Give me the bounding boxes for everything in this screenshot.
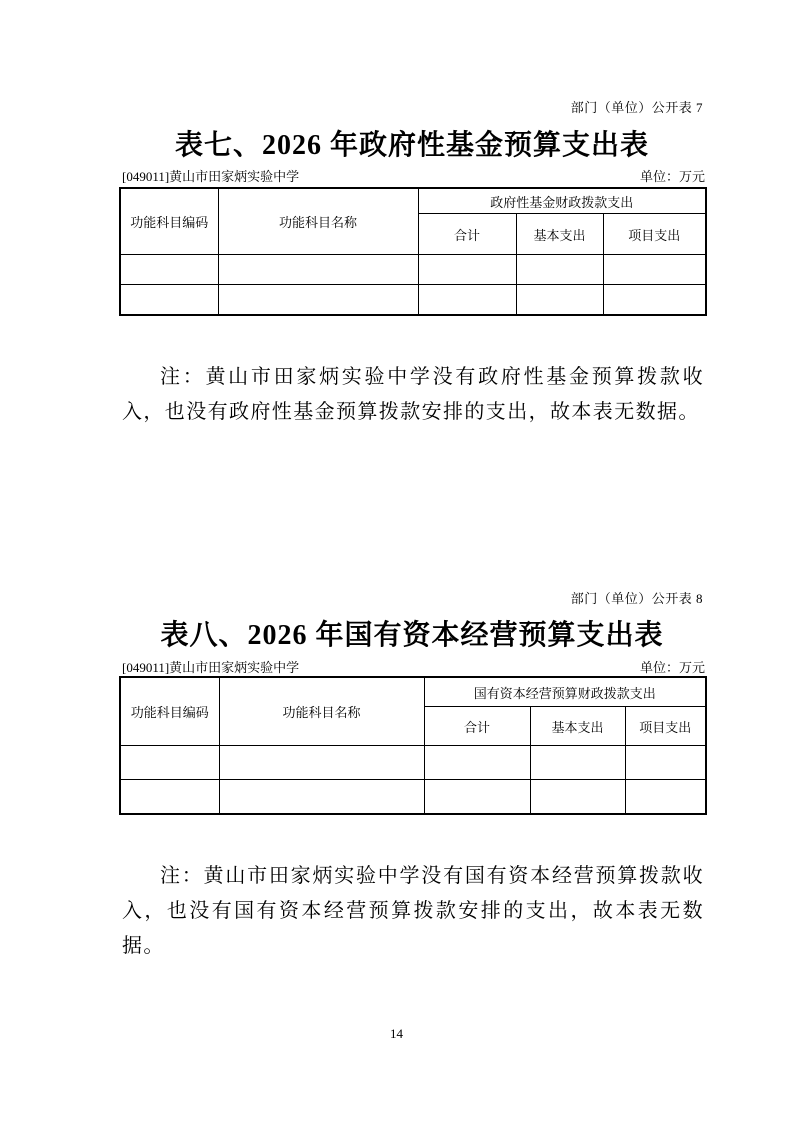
unit-label-2: 单位：万元 [640, 657, 705, 676]
unit-label-1: 单位：万元 [640, 166, 705, 185]
header-project-2: 项目支出 [625, 707, 706, 746]
header-project-1: 项目支出 [603, 214, 706, 255]
cell [219, 780, 424, 814]
gov-fund-expenditure-table: 功能科目编码 功能科目名称 政府性基金财政拨款支出 合计 基本支出 项目支出 [119, 187, 707, 316]
org-code-name-1: [049011]黄山市田家炳实验中学 [122, 166, 299, 185]
header-basic-2: 基本支出 [530, 707, 625, 746]
meta-row-2: [049011]黄山市田家炳实验中学 单位：万元 [122, 657, 705, 676]
cell [120, 255, 218, 285]
sheet-label-7: 部门（单位）公开表 7 [571, 97, 703, 116]
cell [530, 746, 625, 780]
page-number: 14 [0, 1026, 793, 1042]
state-capital-expenditure-table: 功能科目编码 功能科目名称 国有资本经营预算财政拨款支出 合计 基本支出 项目支… [119, 676, 707, 815]
cell [424, 746, 530, 780]
cell [418, 255, 516, 285]
header-function-code-2: 功能科目编码 [120, 677, 219, 746]
cell [218, 285, 418, 315]
cell [424, 780, 530, 814]
org-code-name-2: [049011]黄山市田家炳实验中学 [122, 657, 299, 676]
note-state-capital: 注：黄山市田家炳实验中学没有国有资本经营预算拨款收入，也没有国有资本经营预算拨款… [122, 859, 704, 964]
document-page: 部门（单位）公开表 7 表七、2026 年政府性基金预算支出表 [049011]… [0, 0, 793, 1122]
meta-row-1: [049011]黄山市田家炳实验中学 单位：万元 [122, 166, 705, 185]
sheet-label-8: 部门（单位）公开表 8 [571, 588, 703, 607]
table-row [120, 746, 706, 780]
header-function-name-2: 功能科目名称 [219, 677, 424, 746]
header-basic-1: 基本支出 [516, 214, 603, 255]
title-table-8: 表八、2026 年国有资本经营预算支出表 [119, 613, 705, 653]
cell [218, 255, 418, 285]
cell [219, 746, 424, 780]
note-gov-fund: 注：黄山市田家炳实验中学没有政府性基金预算拨款收入，也没有政府性基金预算拨款安排… [122, 360, 704, 430]
header-group-1: 政府性基金财政拨款支出 [418, 188, 706, 214]
cell [418, 285, 516, 315]
cell [625, 746, 706, 780]
cell [516, 255, 603, 285]
cell [603, 285, 706, 315]
header-total-1: 合计 [418, 214, 516, 255]
table-row [120, 780, 706, 814]
header-function-name-1: 功能科目名称 [218, 188, 418, 255]
cell [516, 285, 603, 315]
cell [625, 780, 706, 814]
cell [120, 780, 219, 814]
header-function-code-1: 功能科目编码 [120, 188, 218, 255]
title-table-7: 表七、2026 年政府性基金预算支出表 [119, 123, 705, 163]
header-group-2: 国有资本经营预算财政拨款支出 [424, 677, 706, 707]
cell [120, 746, 219, 780]
cell [120, 285, 218, 315]
cell [603, 255, 706, 285]
header-total-2: 合计 [424, 707, 530, 746]
table-row [120, 285, 706, 315]
cell [530, 780, 625, 814]
table-row [120, 255, 706, 285]
